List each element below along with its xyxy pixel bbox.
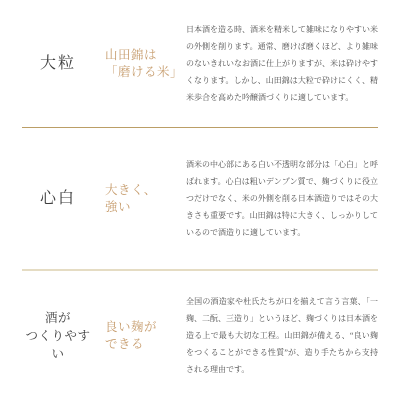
title-column: 心白 xyxy=(22,188,94,210)
feature-section-easy-brewing: 酒が つくりやすい 良い麹が できる 全国の酒造家や杜氏たちが口を揃えて言う言葉… xyxy=(0,271,400,400)
section-title: 大粒 xyxy=(22,53,94,75)
title-column: 大粒 xyxy=(22,53,94,75)
section-subtitle: 大きく、 強い xyxy=(105,182,177,216)
section-title: 酒が つくりやすい xyxy=(22,309,94,363)
sake-rice-feature-page: 大粒 山田錦は 「磨ける米」 日本酒を造る時、酒米を精米して雑味になりやすい米の… xyxy=(0,0,400,400)
title-column: 酒が つくりやすい xyxy=(22,309,94,363)
body-column: 酒米の中心部にある白い不透明な部分は「心白」と呼ばれます。心白は粗いデンプン質で… xyxy=(177,156,378,241)
section-body-text: 酒米の中心部にある白い不透明な部分は「心白」と呼ばれます。心白は粗いデンプン質で… xyxy=(186,156,378,241)
section-subtitle: 良い麹が できる xyxy=(105,319,177,353)
section-title: 心白 xyxy=(22,188,94,210)
section-body-text: 全国の酒造家や杜氏たちが口を揃えて言う言葉、「一麹、二酛、三造り」というほど、麹… xyxy=(186,293,378,378)
subtitle-column: 大きく、 強い xyxy=(94,182,177,216)
feature-section-large-grain: 大粒 山田錦は 「磨ける米」 日本酒を造る時、酒米を精米して雑味になりやすい米の… xyxy=(0,0,400,127)
subtitle-column: 良い麹が できる xyxy=(94,319,177,353)
body-column: 全国の酒造家や杜氏たちが口を揃えて言う言葉、「一麹、二酛、三造り」というほど、麹… xyxy=(177,293,378,378)
body-column: 日本酒を造る時、酒米を精米して雑味になりやすい米の外側を削ります。通常、磨けば磨… xyxy=(177,21,378,106)
subtitle-column: 山田錦は 「磨ける米」 xyxy=(94,47,177,81)
feature-section-shinpaku: 心白 大きく、 強い 酒米の中心部にある白い不透明な部分は「心白」と呼ばれます。… xyxy=(0,128,400,269)
section-subtitle: 山田錦は 「磨ける米」 xyxy=(105,47,177,81)
section-body-text: 日本酒を造る時、酒米を精米して雑味になりやすい米の外側を削ります。通常、磨けば磨… xyxy=(186,21,378,106)
